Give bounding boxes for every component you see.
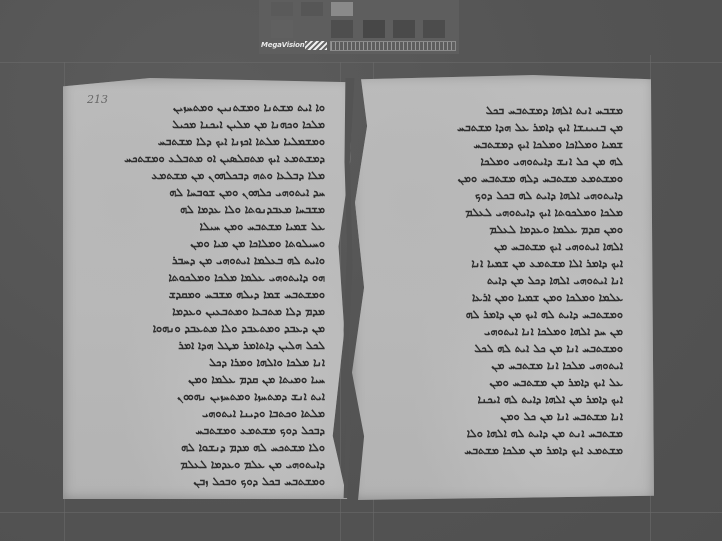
text-line: ܡܠܟܐ ܘܡܠܟܘܬܐ ܐܝܟ ܕܐܝܬܘܗܝ ܠܥܠܡ xyxy=(393,204,623,221)
text-line: ܐܢܐ ܡܠܟܐ ܘܐܠܗܐ ܘܡܪܐ ܕܟܠ xyxy=(100,354,325,371)
left-folio-text: ܘܐ ܐܝܬ ܡܫܬܢܐ ܘܡܫܬܢܝܢ ܘܡܬܚܙܝܢ ܡܠܟܐ ܘܟܗܢܐ … xyxy=(100,99,325,494)
text-line: ܘܐܝܬ ܠܗ ܒܥܠܡܐ ܐܝܬܘܗܝ ܡܢ ܕܚܒܪ xyxy=(100,252,325,269)
text-line: ܘܚܝܠܘܬܐ ܘܡܠܐܟܐ ܡܢ ܡܝܐ ܘܡܢ xyxy=(100,235,325,252)
text-line: ܚܕ ܐܝܬܘܗܝ ܟܠܗܘܢ ܘܡܢ ܫܘܒܚܐ ܠܗ xyxy=(100,184,325,201)
guide-line xyxy=(0,512,722,513)
text-line: ܐܢܐ ܡܫܬܒܚ ܐܢܐ ܡܢ ܟܠ ܘܡܢ xyxy=(393,408,623,425)
text-line: ܡܫܒܚܐ ܡܥܒܕܢܘܬܐ ܘܠܐ ܥܕܡܐ ܠܗ xyxy=(100,201,325,218)
text-line: ܠܟܠ ܗܠܝܢ ܕܐܬܐܡܪ ܡܛܠ ܗܕܐ ܐܡܪ xyxy=(100,337,325,354)
text-line: ܡܢ ܕܥܒܕ ܘܡܬܥܒܕ ܘܠܐ ܡܬܥܒܕ ܘܢܗܘܐ xyxy=(100,320,325,337)
color-patch xyxy=(423,20,445,38)
right-folio-text: ܡܫܒܚ ܐܢܬ ܐܠܗܐ ܕܡܫܬܒܚ ܒܟܠ ܡܢ ܒܢܝܢܫܐ ܐܝܟ ܕ… xyxy=(393,102,623,462)
brand-label: MegaVision xyxy=(261,41,305,49)
text-line: ܘܡܢ ܩܕܡ ܥܠܡܐ ܘܥܕܡܐ ܠܥܠܡ xyxy=(393,221,623,238)
text-line: ܘܡܫܬܡܥ ܡܫܬܒܚ ܕܠܗ ܡܫܬܒܚ ܘܡܢ xyxy=(393,170,623,187)
text-line: ܡܫܒܚ ܐܢܬ ܐܠܗܐ ܕܡܫܬܒܚ ܒܟܠ xyxy=(393,102,623,119)
text-line: ܘܡܫܬܒܚ ܒܟܠ ܕܘܟ ܘܒܟܠ ܙܒܢ xyxy=(100,473,325,490)
text-line: ܘܡܫܬܒܚ ܫܡܐ ܕܝܠܗ ܡܫܒܚ ܘܡܩܕܫ xyxy=(100,286,325,303)
color-patch xyxy=(271,20,293,38)
color-patch xyxy=(331,20,353,38)
text-line: ܡܫܬܒܚ ܐܢܬ ܡܢ ܕܐܝܬ ܠܗ ܐܠܗܐ ܘܠܐ xyxy=(393,425,623,442)
text-line: ܠܗ ܡܢ ܟܠ ܐܢܫ ܕܐܝܬܘܗܝ ܘܡܠܟܐ xyxy=(393,153,623,170)
text-line: ܗܘ ܕܐܝܬܘܗܝ ܥܠܡܐ ܡܠܟܐ ܘܡܠܟܘܬܐ xyxy=(100,269,325,286)
text-line: ܕܒܟܠ ܕܘܟ ܡܫܬܡܥ ܘܡܫܬܒܚ xyxy=(100,422,325,439)
text-line: ܘܡܫܬܒܚ ܐܢܐ ܡܢ ܟܠ ܐܝܬ ܠܗ ܠܟܠ xyxy=(393,340,623,357)
color-patch xyxy=(363,20,385,38)
text-line: ܐܝܬ ܐܢܫ ܕܡܬܚܙܐ ܘܡܬܚܙܝܢ ܢܗܘܘܢ xyxy=(100,388,325,405)
color-patch xyxy=(301,2,323,16)
text-line: ܡܠܬܐ ܘܟܬܒܐ ܘܕܝܢܐ ܐܝܬܘܗܝ xyxy=(100,405,325,422)
scale-ruler xyxy=(330,41,456,51)
text-line: ܘܐ ܐܝܬ ܡܫܬܢܐ ܘܡܫܬܢܝܢ ܘܡܬܚܙܝܢ xyxy=(100,99,325,116)
text-line: ܡܠܟܐ ܘܟܗܢܐ ܡܢ ܡܠܝܢ ܐܝܟܢܐ ܡܟܝܠ xyxy=(100,116,325,133)
text-line: ܕܐܝܬܘܗܝ ܐܠܗܐ ܕܐܝܬ ܠܗ ܒܟܠ ܕܘܟ xyxy=(393,187,623,204)
text-line: ܐܝܬܘܗܝ ܡܠܟܐ ܐܢܐ ܡܫܬܒܚ ܡܢ xyxy=(393,357,623,374)
text-line: ܘܡܫܬܒܚ ܕܐܝܬ ܠܗ ܐܝܟ ܡܢ ܕܐܡܪ ܠܗ xyxy=(393,306,623,323)
text-line: ܐܝܟ ܕܐܡܪ ܡܢ ܐܠܗܐ ܕܐܝܬ ܠܗ ܐܝܟܢܐ xyxy=(393,391,623,408)
text-line: ܕܡܫܬܡܥ ܐܝܟ ܡܬܩܠܣܝܢ ܐܘ ܡܬܒܠܥ ܘܡܫܬܟܚ xyxy=(100,150,325,167)
text-line: ܡܠܐ ܕܒܠܥܐ ܘܬܗ ܕܒܟܠܗܘܢ ܡܢ ܡܫܬܡܥ xyxy=(100,167,325,184)
color-patch xyxy=(393,20,415,38)
text-line: ܡܫܬܡܥ ܐܝܟ ܕܐܡܪ ܡܢ ܡܠܟܐ ܡܫܬܒܚ xyxy=(393,442,623,459)
brand-logo-icon xyxy=(305,41,327,50)
text-line: ܕܐܝܬܘܗܝ ܡܢ ܥܠܡ ܘܥܕܡܐ ܠܥܠܡ xyxy=(100,456,325,473)
text-line: ܐܝܟ ܕܐܡܪ ܐܠܐ ܡܫܬܡܥ ܡܢ ܫܡܝܐ ܐܢܐ xyxy=(393,255,623,272)
text-line: ܡܢ ܒܢܝܢܫܐ ܐܝܟ ܕܐܡܪ ܥܠ ܗܕܐ ܡܫܬܒܚ xyxy=(393,119,623,136)
text-line: ܥܠ ܐܝܟ ܕܐܡܪ ܡܢ ܡܫܬܒܚ ܘܡܢ xyxy=(393,374,623,391)
text-line: ܫܡܝܐ ܘܡܠܐܟܐ ܘܡܠܟܐ ܐܝܟ ܕܡܫܬܒܚ xyxy=(393,136,623,153)
text-line: ܘܡܫܡܠܝܐ ܡܠܬܐ ܐܟܙܢܐ ܐܝܟ ܕܠܐ ܡܫܬܒܚ xyxy=(100,133,325,150)
color-patch xyxy=(331,2,353,16)
guide-line xyxy=(0,62,722,63)
text-line: ܘܠܐ ܡܫܬܟܚ ܠܗ ܡܕܡ ܕܢܫܘܐ ܠܗ xyxy=(100,439,325,456)
color-patch xyxy=(271,2,293,16)
text-line: ܐܢܐ ܐܝܬܘܗܝ ܐܠܗܐ ܕܟܠ ܡܢ ܕܐܝܬ xyxy=(393,272,623,289)
text-line: ܚܝܐ ܘܡܝܬܐ ܡܢ ܩܕܡ ܥܠܡܐ ܘܡܢ xyxy=(100,371,325,388)
text-line: ܐܠܗܐ ܐܝܬܘܗܝ ܐܝܟ ܡܫܬܒܚ ܡܢ xyxy=(393,238,623,255)
text-line: ܥܠܡܐ ܘܡܠܟܐ ܘܡܢ ܫܡܝܐ ܘܡܢ ܐܪܥܐ xyxy=(393,289,623,306)
text-line: ܥܠ ܫܡܝܐ ܡܫܬܒܚ ܘܡܢ ܚܝܠܐ xyxy=(100,218,325,235)
text-line: ܡܢ ܚܕ ܐܠܗܐ ܘܡܠܟܐ ܐܢܐ ܐܝܬܘܗܝ xyxy=(393,323,623,340)
text-line: ܡܕܡ ܕܠܐ ܡܬܒܥܐ ܘܡܬܒܥܝܢ ܘܥܕܡܐ xyxy=(100,303,325,320)
